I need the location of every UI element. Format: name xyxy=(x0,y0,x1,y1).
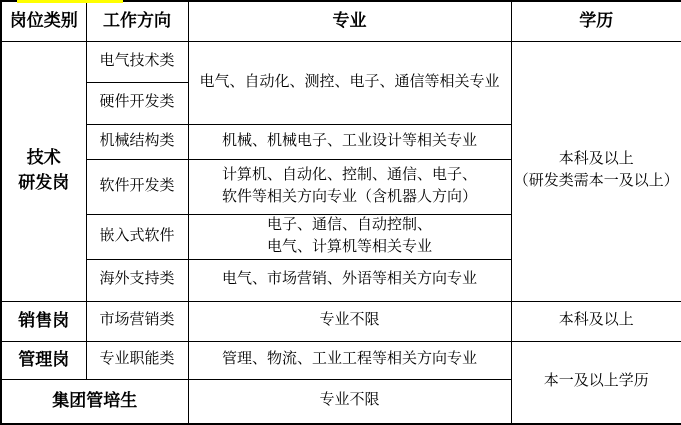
header-cell-direction: 工作方向 xyxy=(86,1,188,41)
major-cell-mechanical: 机械、机械电子、工业设计等相关专业 xyxy=(188,124,511,159)
direction-cell-software: 软件开发类 xyxy=(86,159,188,214)
education-cell-mgmt-trainee: 本一及以上学历 xyxy=(511,341,681,424)
direction-cell-electrical: 电气技术类 xyxy=(86,41,188,82)
major-cell-embedded: 电子、通信、自动控制、 电气、计算机等相关专业 xyxy=(188,214,511,259)
recruitment-table: 岗位类别 工作方向 专业 学历 技术 研发岗 电气技术类 电气、自动化、测控、电… xyxy=(0,0,681,425)
major-cell-sales: 专业不限 xyxy=(188,301,511,341)
direction-cell-overseas: 海外支持类 xyxy=(86,259,188,301)
category-cell-tech-rd: 技术 研发岗 xyxy=(1,41,86,301)
header-cell-major: 专业 xyxy=(188,1,511,41)
major-cell-management: 管理、物流、工业工程等相关方向专业 xyxy=(188,341,511,379)
direction-cell-mechanical: 机械结构类 xyxy=(86,124,188,159)
header-cell-category: 岗位类别 xyxy=(1,1,86,41)
education-cell-sales: 本科及以上 xyxy=(511,301,681,341)
major-cell-trainee: 专业不限 xyxy=(188,379,511,424)
table-row-sales: 销售岗 市场营销类 专业不限 本科及以上 xyxy=(1,301,681,341)
table-row-management: 管理岗 专业职能类 管理、物流、工业工程等相关方向专业 本一及以上学历 xyxy=(1,341,681,379)
category-cell-sales: 销售岗 xyxy=(1,301,86,341)
direction-cell-hardware: 硬件开发类 xyxy=(86,82,188,124)
major-cell-overseas: 电气、市场营销、外语等相关方向专业 xyxy=(188,259,511,301)
header-row: 岗位类别 工作方向 专业 学历 xyxy=(1,1,681,41)
category-cell-trainee: 集团管培生 xyxy=(1,379,188,424)
recruitment-table-page: 岗位类别 工作方向 专业 学历 技术 研发岗 电气技术类 电气、自动化、测控、电… xyxy=(0,0,681,423)
direction-cell-marketing: 市场营销类 xyxy=(86,301,188,341)
table-row-electrical: 技术 研发岗 电气技术类 电气、自动化、测控、电子、通信等相关专业 本科及以上 … xyxy=(1,41,681,82)
header-cell-education: 学历 xyxy=(511,1,681,41)
direction-cell-embedded: 嵌入式软件 xyxy=(86,214,188,259)
major-cell-electrical-hardware: 电气、自动化、测控、电子、通信等相关专业 xyxy=(188,41,511,124)
education-cell-tech: 本科及以上 （研发类需本一及以上） xyxy=(511,41,681,301)
highlight-mark xyxy=(17,0,123,3)
major-cell-software: 计算机、自动化、控制、通信、电子、 软件等相关方向专业（含机器人方向） xyxy=(188,159,511,214)
category-cell-management: 管理岗 xyxy=(1,341,86,379)
direction-cell-professional: 专业职能类 xyxy=(86,341,188,379)
